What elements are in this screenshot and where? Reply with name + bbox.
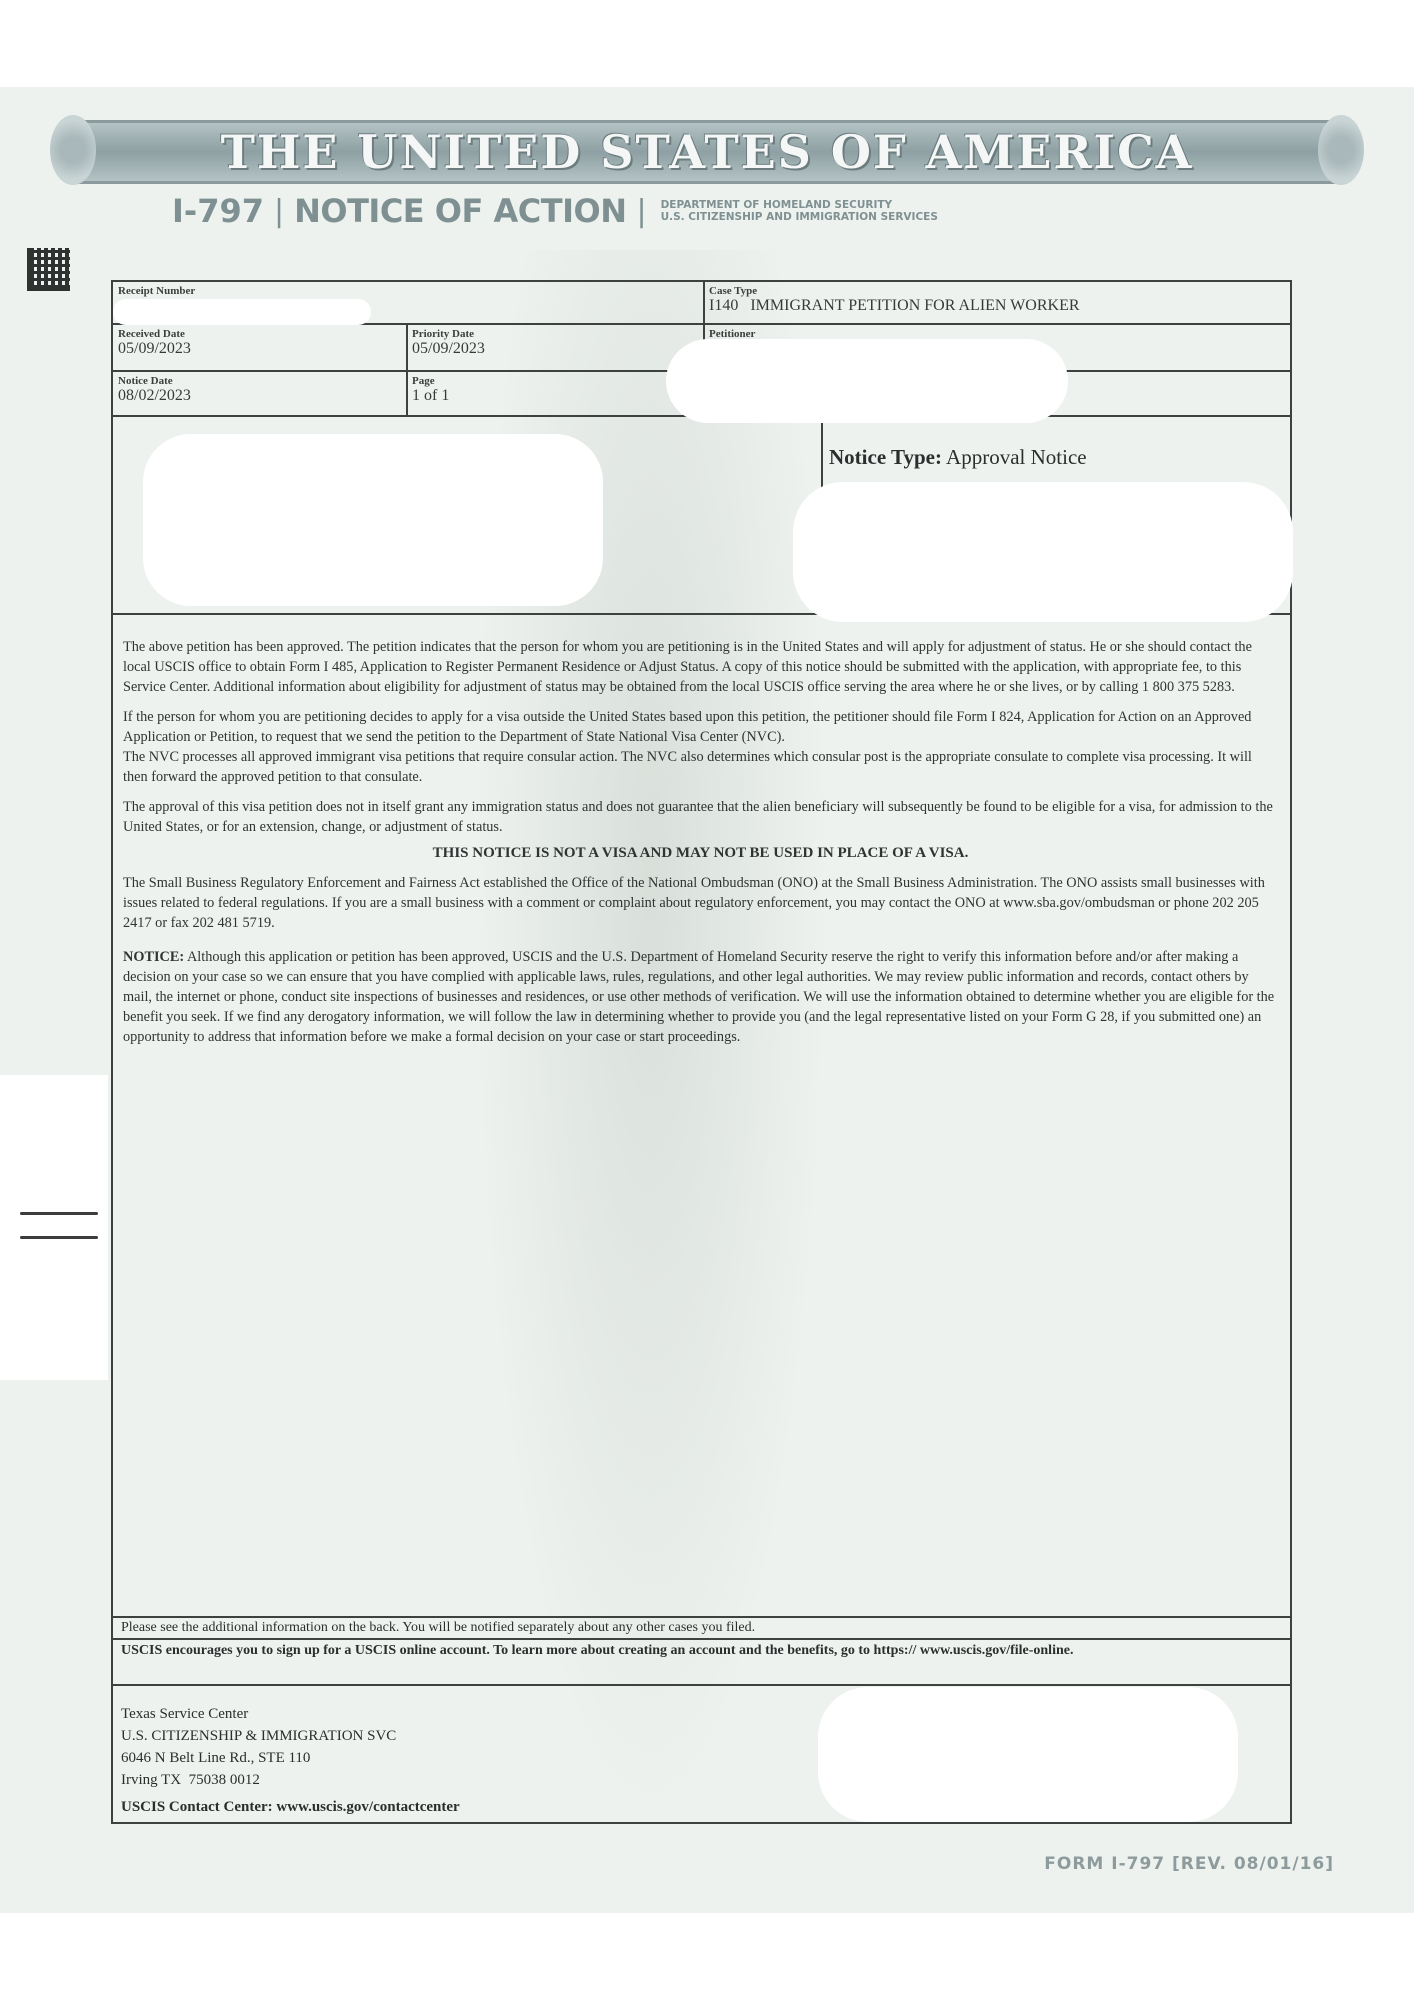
- received-date-field: Received Date 05/09/2023: [118, 328, 191, 358]
- divider: [113, 1638, 1290, 1640]
- verification-notice: NOTICE: Although this application or pet…: [123, 947, 1278, 1047]
- receipt-number-label: Receipt Number: [118, 285, 195, 297]
- page-value: 1 of 1: [412, 387, 449, 405]
- case-type-field: Case Type I140 IMMIGRANT PETITION FOR AL…: [709, 285, 1080, 315]
- form-title: I-797 | NOTICE OF ACTION | DEPARTMENT OF…: [172, 192, 938, 230]
- form-number: I-797: [172, 192, 264, 230]
- title-divider: |: [274, 194, 284, 229]
- department-line-1: DEPARTMENT OF HOMELAND SECURITY: [661, 199, 893, 211]
- address-line: U.S. CITIZENSHIP & IMMIGRATION SVC: [121, 1725, 396, 1747]
- divider: [113, 370, 703, 372]
- redacted-receipt-number: [113, 299, 371, 325]
- banner-title: THE UNITED STATES OF AMERICA: [221, 125, 1194, 179]
- address-line: Texas Service Center: [121, 1703, 396, 1725]
- notice-type-label: Notice Type:: [829, 445, 942, 469]
- redacted-recipient-address: [818, 1687, 1238, 1822]
- margin-mark: [20, 1212, 98, 1215]
- paragraph: The NVC processes all approved immigrant…: [123, 747, 1278, 787]
- paragraph: The Small Business Regulatory Enforcemen…: [123, 873, 1278, 933]
- contact-center: USCIS Contact Center: www.uscis.gov/cont…: [121, 1799, 460, 1816]
- service-center-address: Texas Service Center U.S. CITIZENSHIP & …: [121, 1703, 396, 1791]
- visa-warning: THIS NOTICE IS NOT A VISA AND MAY NOT BE…: [123, 843, 1278, 863]
- divider: [406, 323, 408, 415]
- case-type-label: Case Type: [709, 285, 1080, 297]
- header-banner: THE UNITED STATES OF AMERICA: [78, 120, 1336, 184]
- address-line: 6046 N Belt Line Rd., STE 110: [121, 1747, 396, 1769]
- title-divider: |: [636, 194, 646, 229]
- receipt-number-field: Receipt Number: [118, 285, 195, 297]
- paragraph: The approval of this visa petition does …: [123, 797, 1278, 837]
- notice-frame: Receipt Number Case Type I140 IMMIGRANT …: [111, 280, 1292, 1824]
- paragraph: The above petition has been approved. Th…: [123, 637, 1278, 697]
- form-revision: FORM I-797 [REV. 08/01/16]: [1044, 1854, 1334, 1874]
- additional-info-text: Please see the additional information on…: [121, 1620, 755, 1636]
- redacted-beneficiary-address: [143, 434, 603, 606]
- paragraph: If the person for whom you are petitioni…: [123, 707, 1278, 747]
- notice-date-value: 08/02/2023: [118, 387, 191, 405]
- case-type-value: I140 IMMIGRANT PETITION FOR ALIEN WORKER: [709, 297, 1080, 315]
- divider: [113, 1684, 1290, 1686]
- margin-strip: [0, 1075, 108, 1380]
- notice-body: The above petition has been approved. Th…: [123, 637, 1278, 1057]
- notice-text: Although this application or petition ha…: [123, 949, 1274, 1045]
- priority-date-label: Priority Date: [412, 328, 485, 340]
- notice-label: NOTICE:: [123, 949, 184, 965]
- priority-date-value: 05/09/2023: [412, 340, 485, 358]
- divider: [113, 1616, 1290, 1618]
- received-date-label: Received Date: [118, 328, 191, 340]
- datamatrix-barcode-icon: [27, 248, 70, 291]
- notice-type-value: Approval Notice: [946, 445, 1087, 469]
- form-name: NOTICE OF ACTION: [294, 192, 626, 230]
- notice-date-label: Notice Date: [118, 375, 191, 387]
- redacted-petitioner: [666, 339, 1068, 423]
- received-date-value: 05/09/2023: [118, 340, 191, 358]
- page-label: Page: [412, 375, 449, 387]
- page-field: Page 1 of 1: [412, 375, 449, 405]
- online-account-text: USCIS encourages you to sign up for a US…: [121, 1641, 1271, 1661]
- margin-mark: [20, 1236, 98, 1239]
- notice-type: Notice Type: Approval Notice: [829, 445, 1087, 470]
- priority-date-field: Priority Date 05/09/2023: [412, 328, 485, 358]
- notice-date-field: Notice Date 08/02/2023: [118, 375, 191, 405]
- redacted-beneficiary-info: [793, 482, 1293, 622]
- department-name: DEPARTMENT OF HOMELAND SECURITY U.S. CIT…: [661, 199, 938, 223]
- address-line: Irving TX 75038 0012: [121, 1769, 396, 1791]
- department-line-2: U.S. CITIZENSHIP AND IMMIGRATION SERVICE…: [661, 211, 938, 223]
